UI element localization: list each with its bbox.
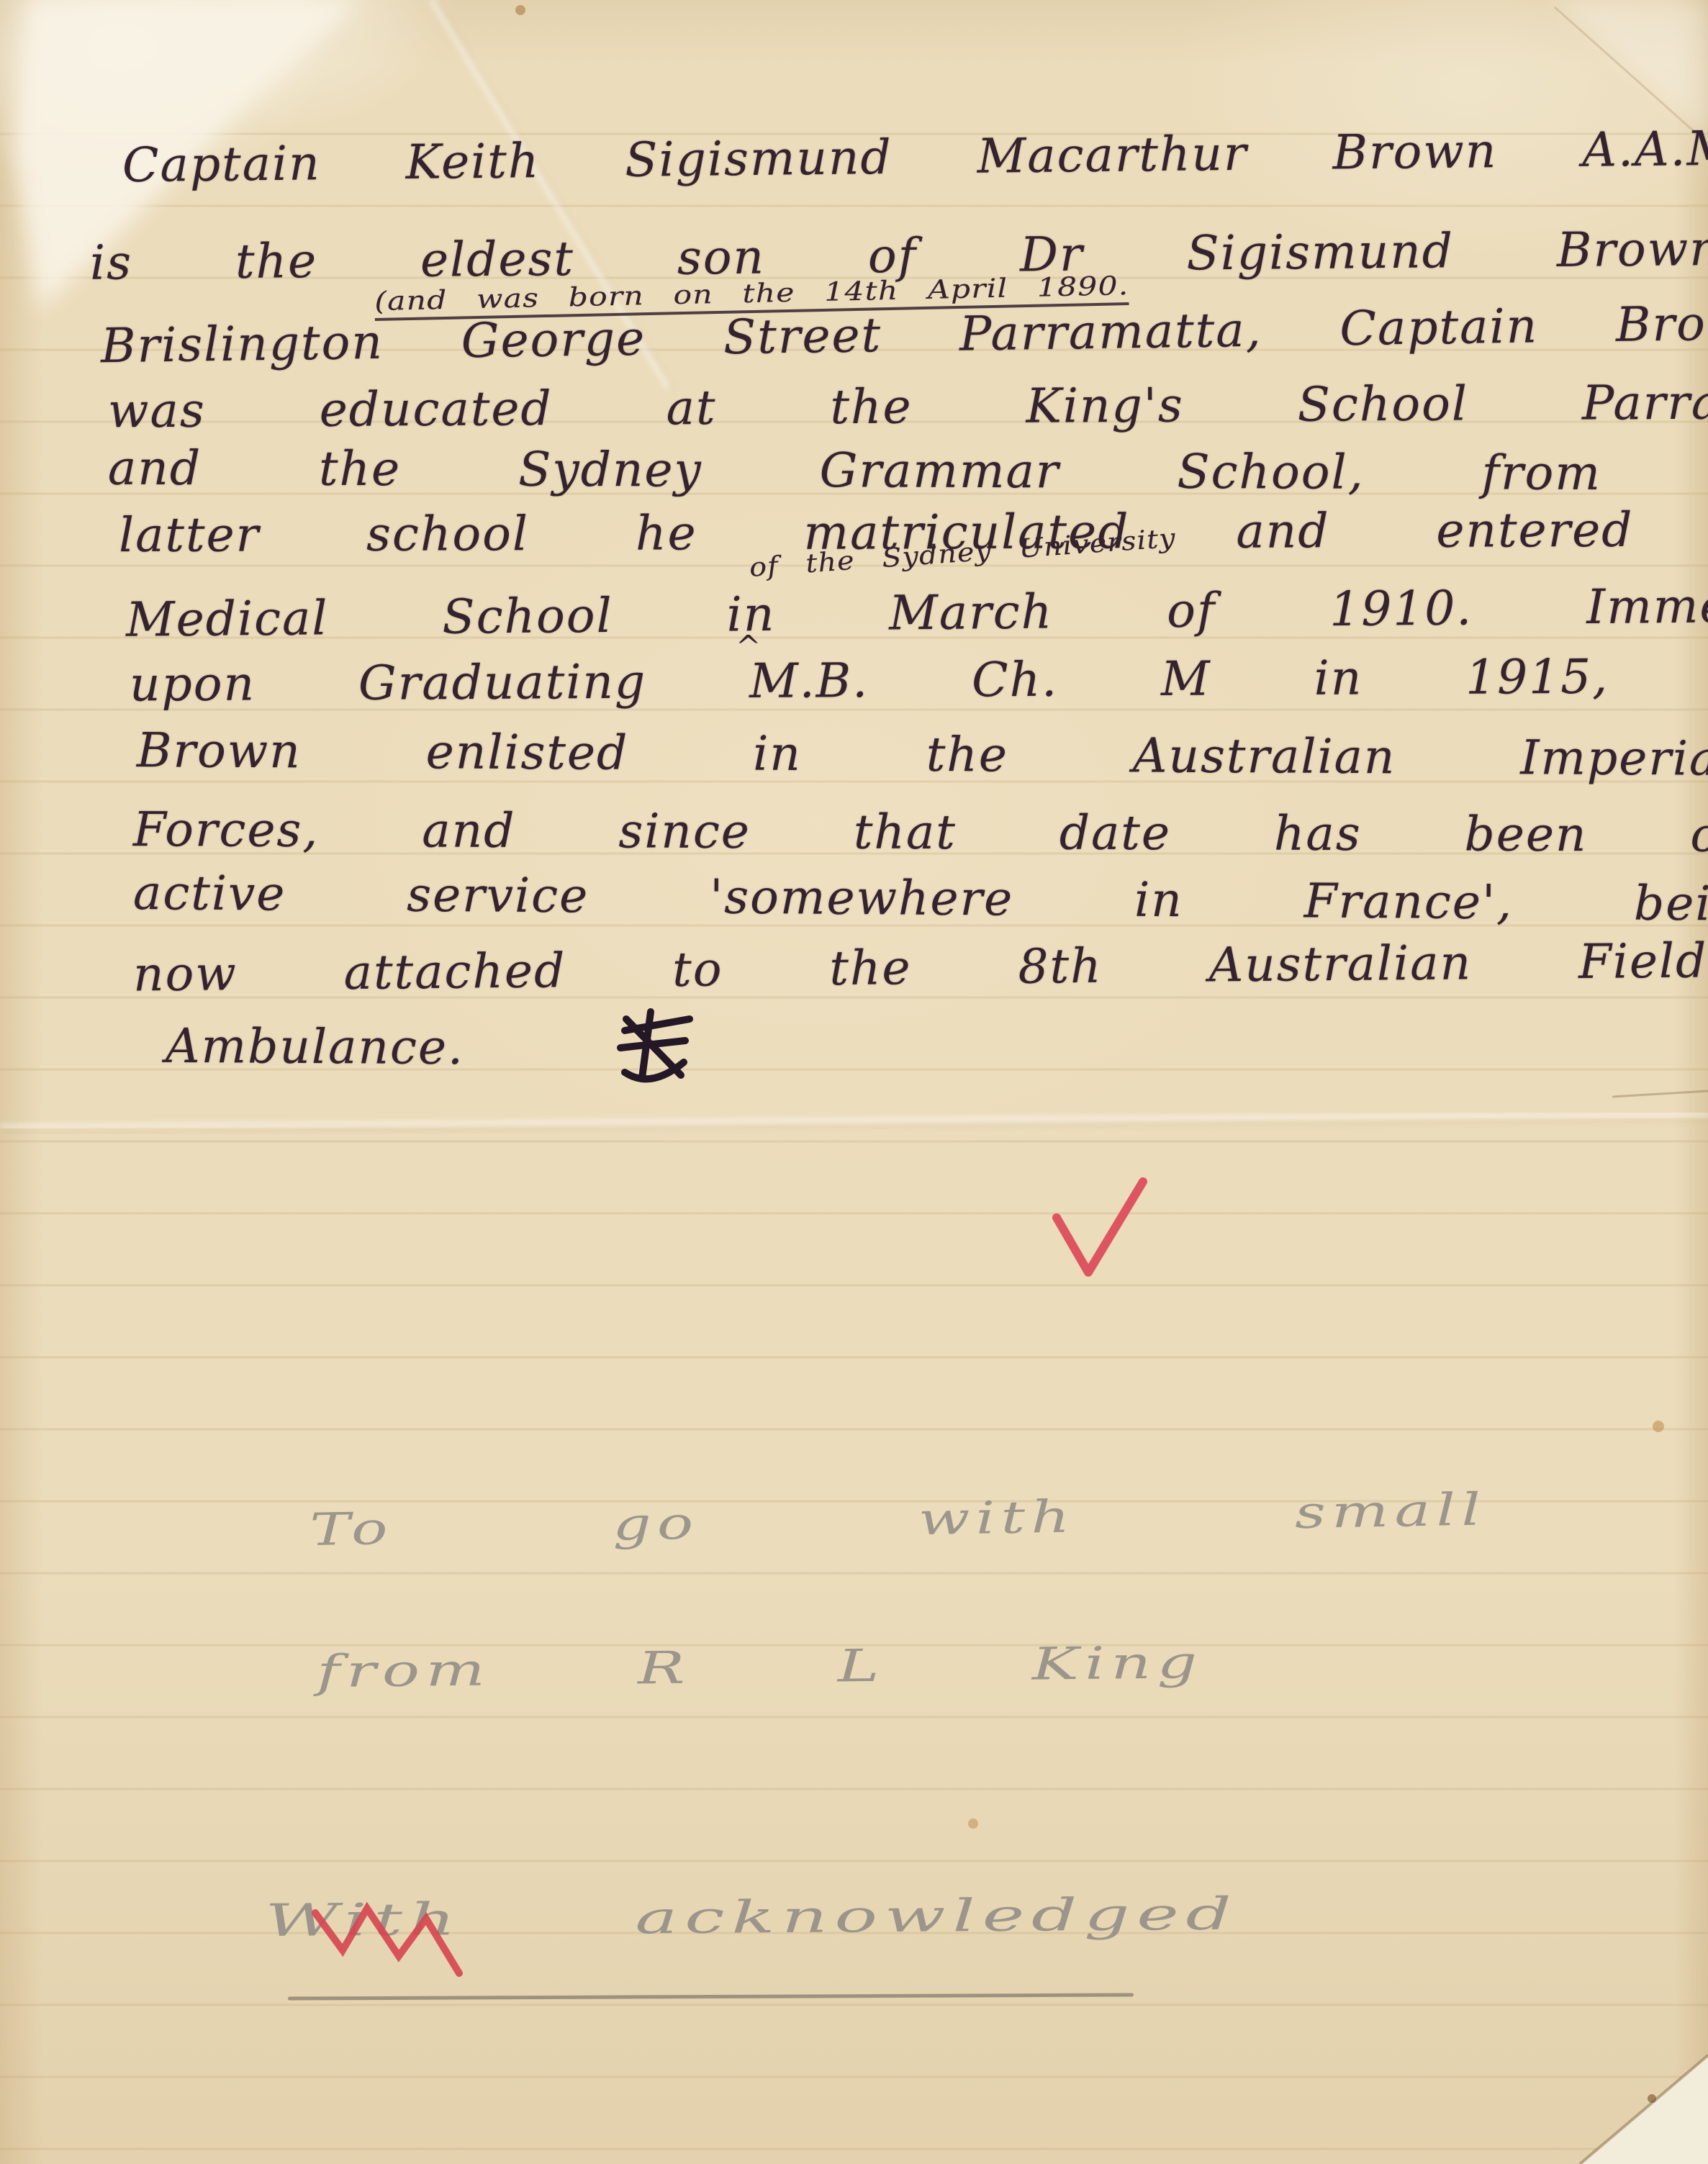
manuscript-page: Captain Keith Sigismund Macarthur Brown … <box>0 0 1708 2164</box>
ink-line: upon Graduating M.B. Ch. M in 1915, Capt… <box>130 652 1708 709</box>
pencil-word: acknowledged <box>635 1888 1239 1945</box>
ink-line: Ambulance. <box>166 1023 464 1072</box>
pencil-note: from R L King <box>317 1640 1203 1694</box>
ink-line: Forces, and since that date has been on <box>133 806 1708 859</box>
foxing-spot <box>515 5 525 15</box>
ink-line: was educated at the King's School Parram… <box>108 379 1708 435</box>
ink-line: Brown enlisted in the Australian Imperia… <box>137 727 1708 783</box>
ink-line: and the Sydney Grammar School, from whic… <box>108 445 1708 499</box>
ink-line: now attached to the 8th Australian Field <box>133 937 1708 998</box>
pencil-word-crossed: With <box>265 1893 463 1947</box>
ink-line: active service 'somewhere in France', be… <box>133 869 1708 928</box>
ink-line: Medical School in March of 1910. Immedia… <box>126 581 1708 644</box>
pencil-note-bottom: Withacknowledged <box>265 1892 1239 1943</box>
